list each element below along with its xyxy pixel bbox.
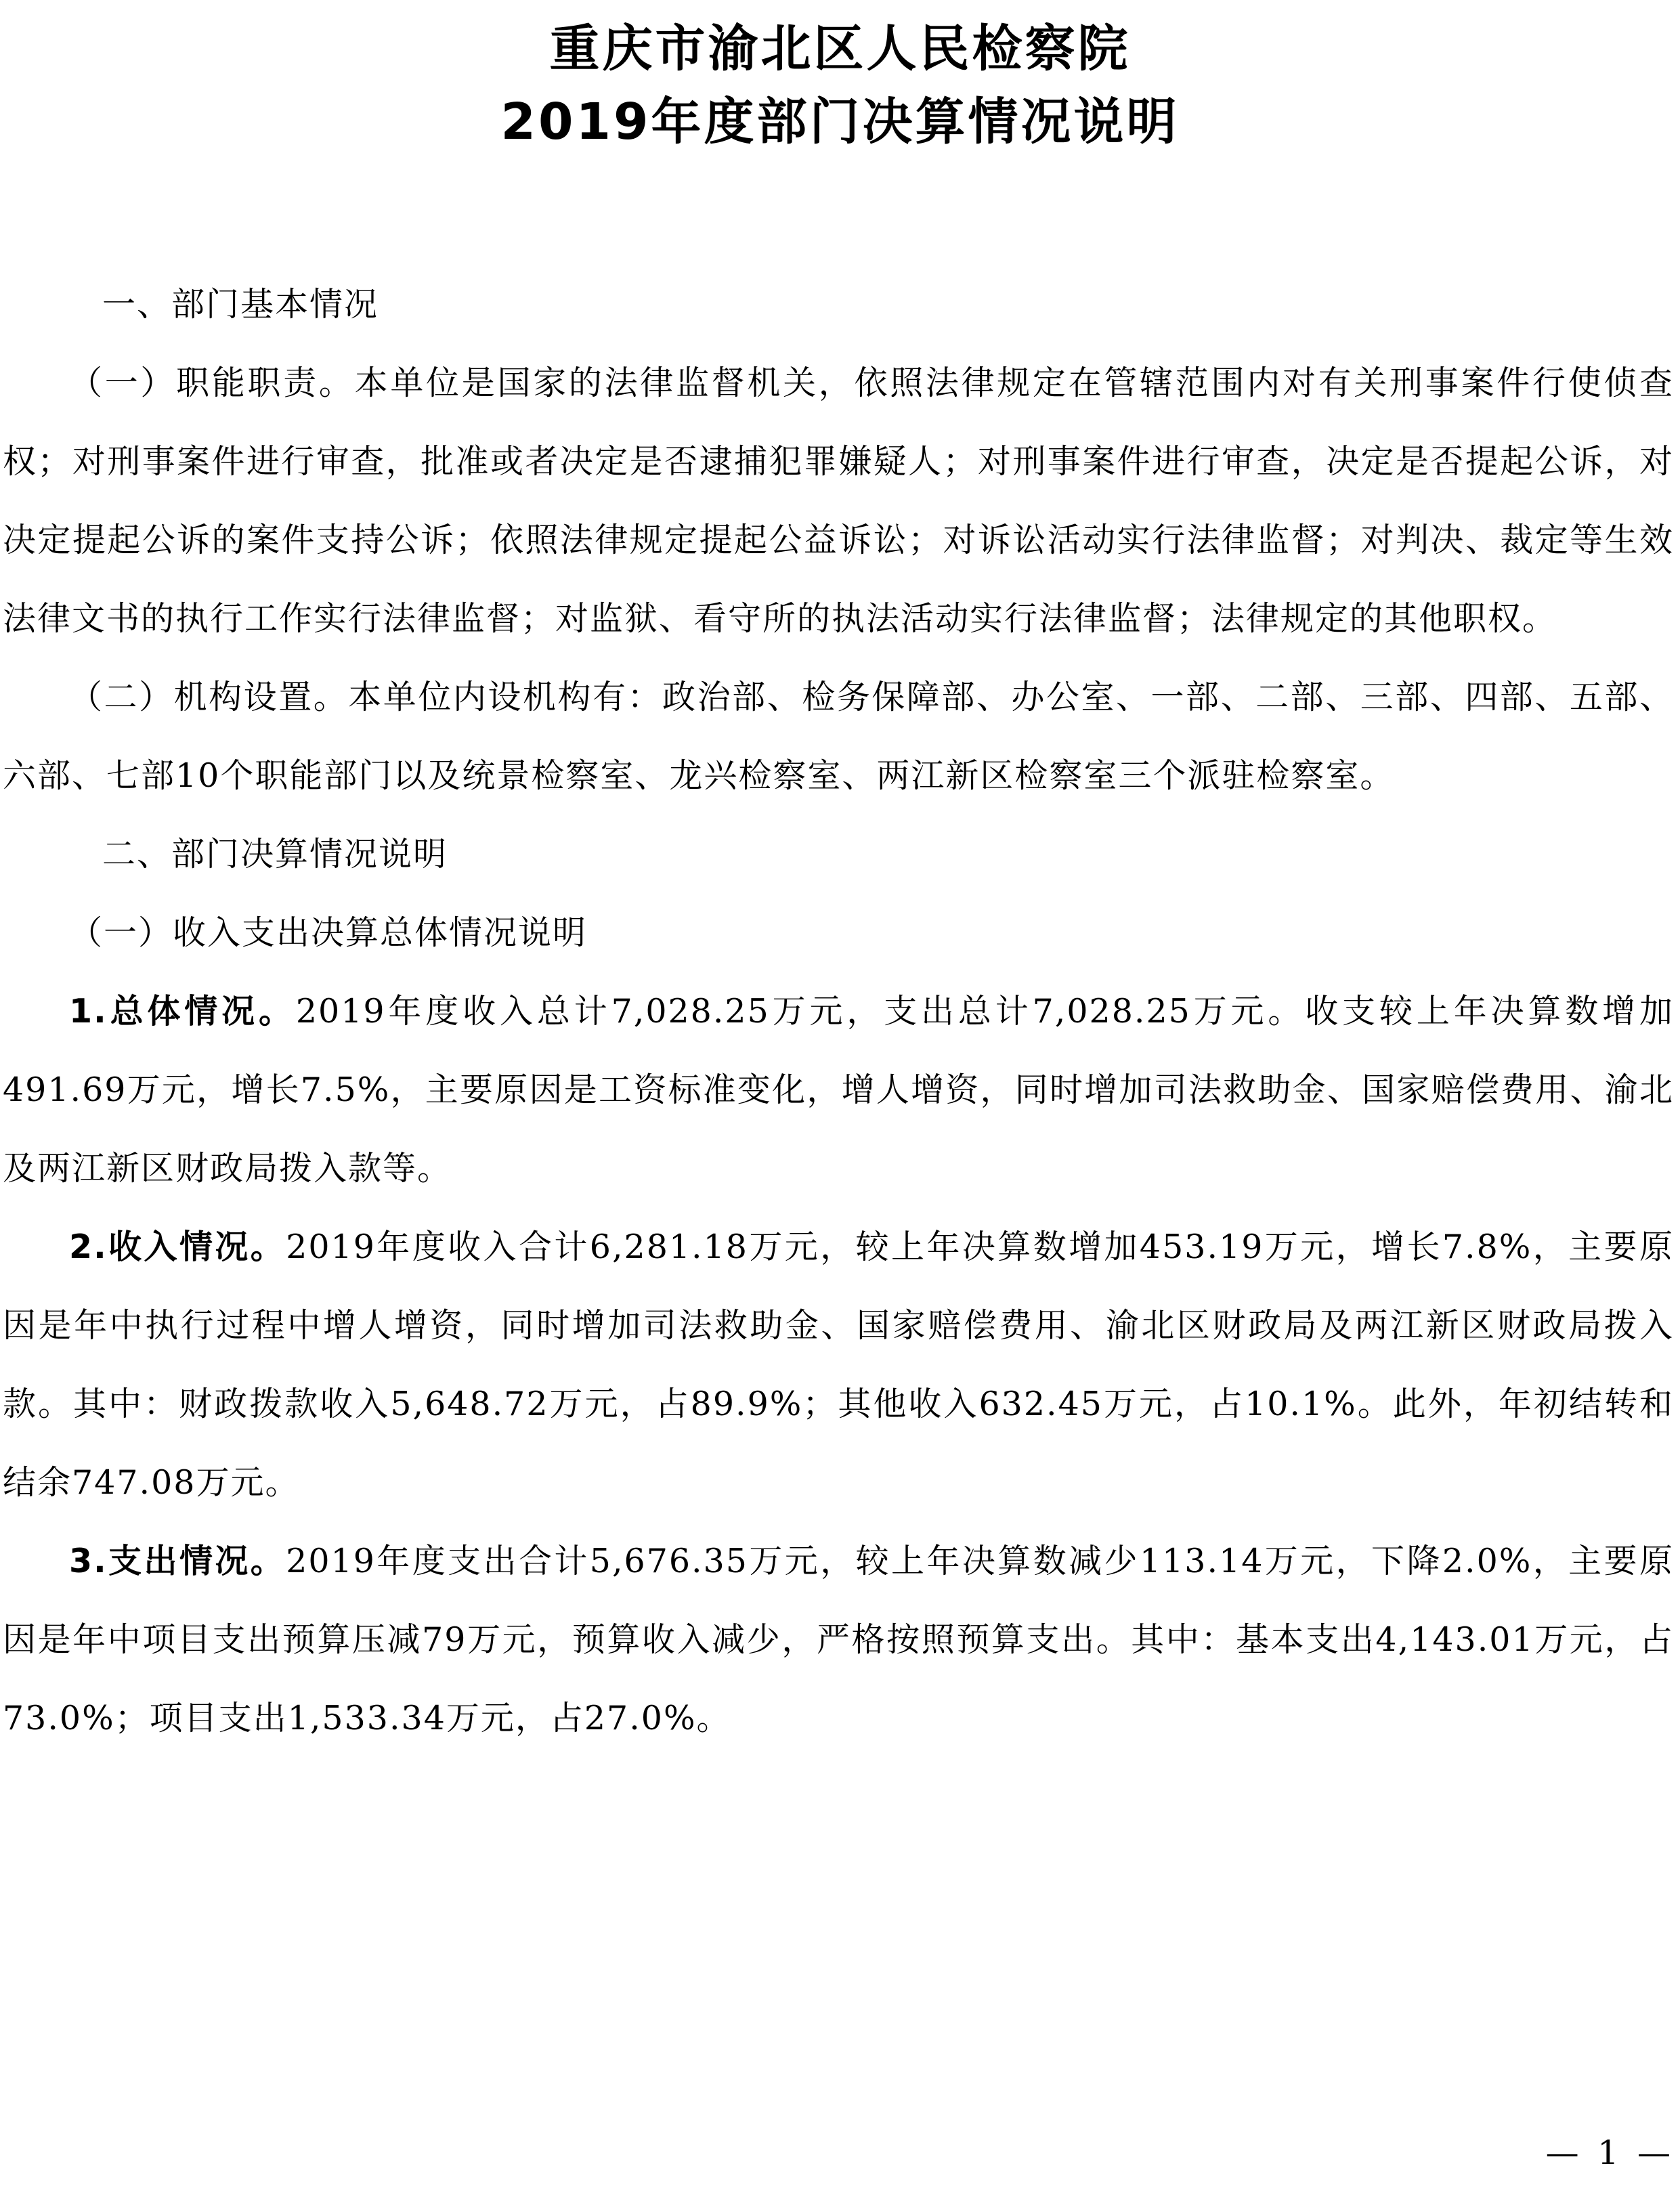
subsection-heading-income-expense: （一）收入支出决算总体情况说明 bbox=[3, 894, 1674, 972]
paragraph-expense: 3.支出情况。2019年度支出合计5,676.35万元，较上年决算数减少113.… bbox=[3, 1522, 1674, 1758]
document-body: 一、部门基本情况 （一）职能职责。本单位是国家的法律监督机关，依照法律规定在管辖… bbox=[3, 265, 1674, 1758]
section-heading-basic-info: 一、部门基本情况 bbox=[3, 265, 1674, 344]
page-number: — 1 — bbox=[1546, 2126, 1675, 2180]
label-overall: 1.总体情况。 bbox=[69, 992, 296, 1031]
section-heading-final-accounts: 二、部门决算情况说明 bbox=[3, 815, 1674, 894]
paragraph-functions: （一）职能职责。本单位是国家的法律监督机关，依照法律规定在管辖范围内对有关刑事案… bbox=[3, 344, 1674, 658]
document-title-line2: 2019年度部门决算情况说明 bbox=[0, 88, 1680, 156]
label-income: 2.收入情况。 bbox=[69, 1228, 286, 1266]
text-income: 2019年度收入合计6,281.18万元，较上年决算数增加453.19万元，增长… bbox=[3, 1228, 1674, 1502]
document-title-line1: 重庆市渝北区人民检察院 bbox=[0, 15, 1680, 83]
paragraph-organization: （二）机构设置。本单位内设机构有：政治部、检务保障部、办公室、一部、二部、三部、… bbox=[3, 658, 1674, 815]
paragraph-overall: 1.总体情况。2019年度收入总计7,028.25万元，支出总计7,028.25… bbox=[3, 972, 1674, 1208]
paragraph-income: 2.收入情况。2019年度收入合计6,281.18万元，较上年决算数增加453.… bbox=[3, 1208, 1674, 1522]
label-expense: 3.支出情况。 bbox=[69, 1542, 286, 1580]
